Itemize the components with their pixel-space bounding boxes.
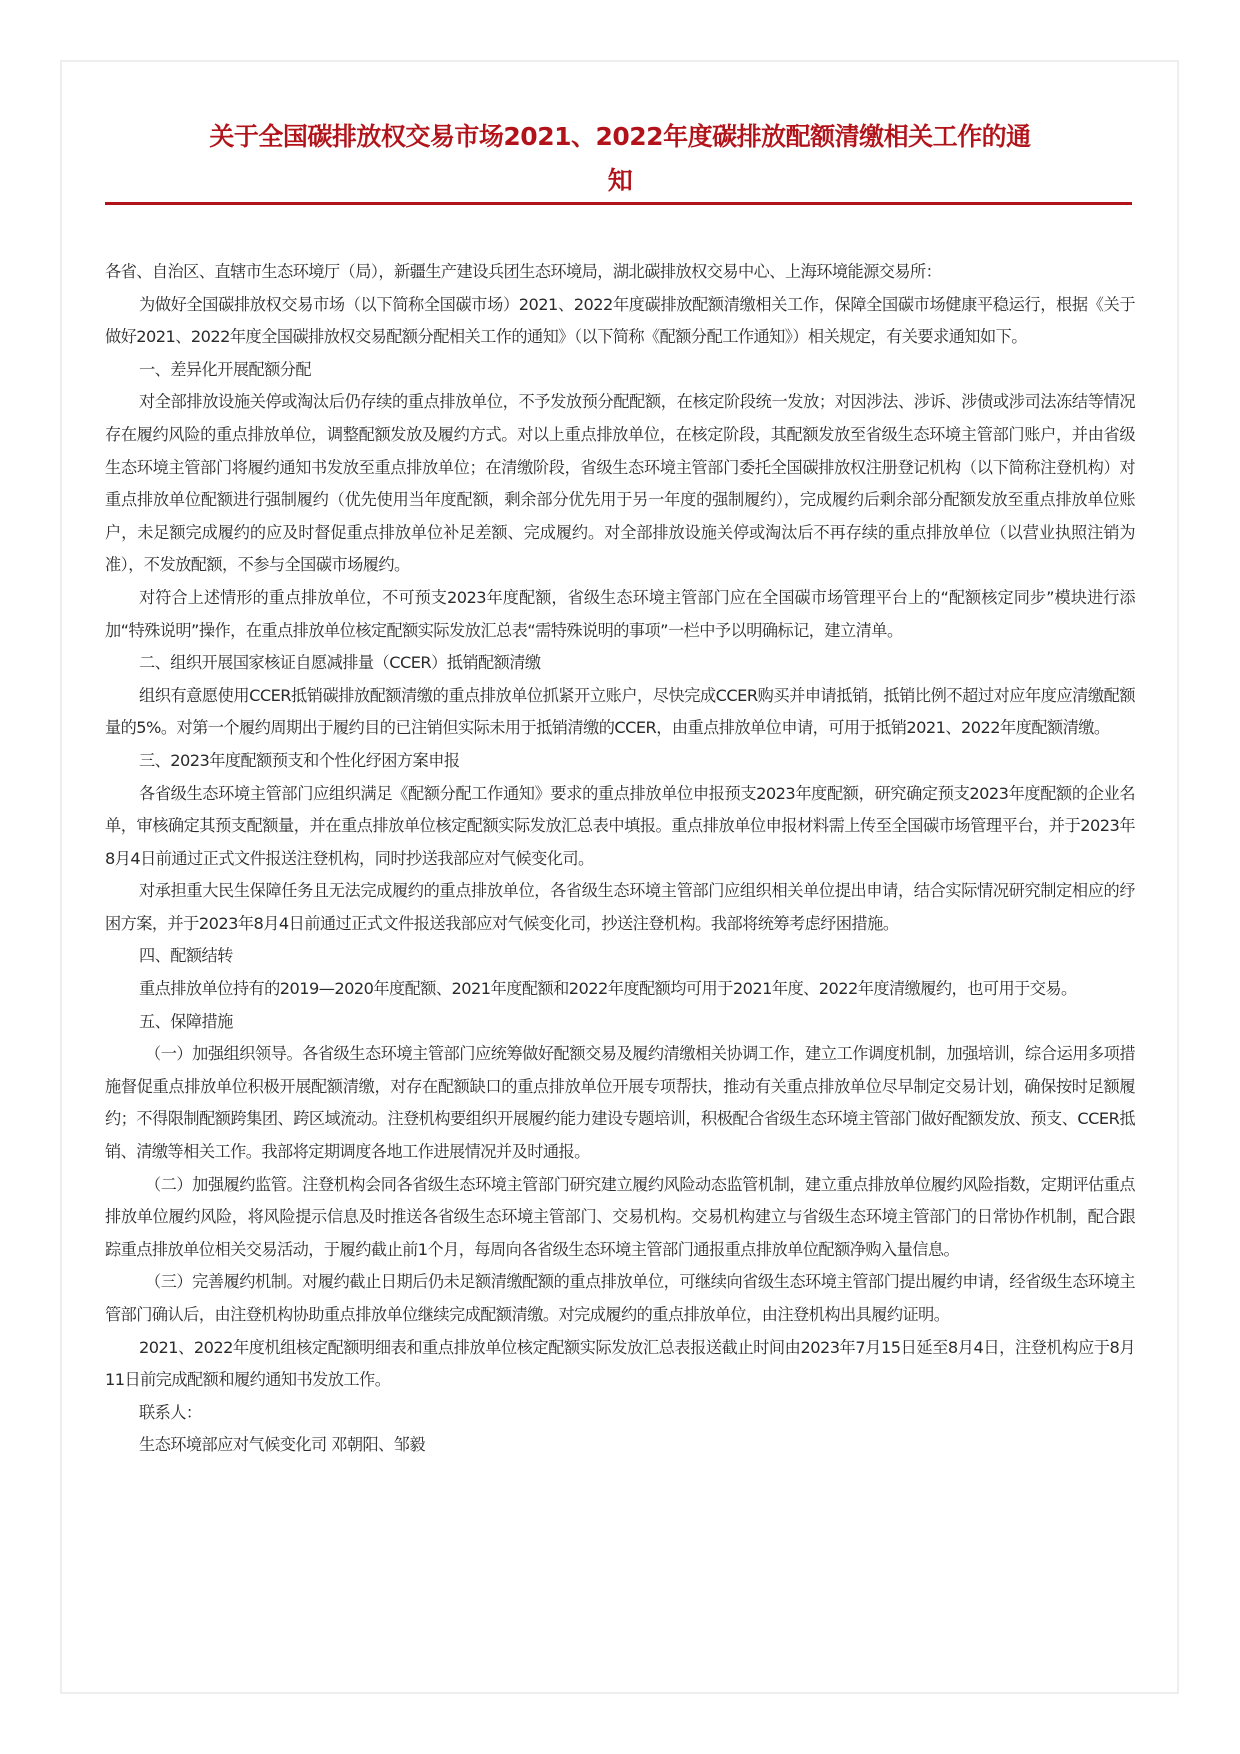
body-paragraph: 对承担重大民生保障任务且无法完成履约的重点排放单位，各省级生态环境主管部门应组织…	[105, 875, 1135, 940]
section-heading-1: 一、差异化开展配额分配	[105, 354, 1135, 387]
contact-label: 联系人：	[105, 1397, 1135, 1430]
contact-names: 生态环境部应对气候变化司 邓朝阳、邹毅	[105, 1429, 1135, 1462]
document-body: 各省、自治区、直辖市生态环境厅（局），新疆生产建设兵团生态环境局，湖北碳排放权交…	[105, 256, 1135, 1462]
section-heading-3: 三、2023年度配额预支和个性化纾困方案申报	[105, 745, 1135, 778]
body-paragraph: 组织有意愿使用CCER抵销碳排放配额清缴的重点排放单位抓紧开立账户，尽快完成CC…	[105, 680, 1135, 745]
section-heading-5: 五、保障措施	[105, 1006, 1135, 1039]
body-paragraph: 对符合上述情形的重点排放单位，不可预支2023年度配额，省级生态环境主管部门应在…	[105, 582, 1135, 647]
subsection-paragraph-1: （一）加强组织领导。各省级生态环境主管部门应统筹做好配额交易及履约清缴相关协调工…	[105, 1038, 1135, 1168]
deadline-paragraph: 2021、2022年度机组核定配额明细表和重点排放单位核定配额实际发放汇总表报送…	[105, 1332, 1135, 1397]
intro-paragraph: 为做好全国碳排放权交易市场（以下简称全国碳市场）2021、2022年度碳排放配额…	[105, 289, 1135, 354]
salutation: 各省、自治区、直辖市生态环境厅（局），新疆生产建设兵团生态环境局，湖北碳排放权交…	[105, 256, 1135, 289]
subsection-paragraph-3: （三）完善履约机制。对履约截止日期后仍未足额清缴配额的重点排放单位，可继续向省级…	[105, 1266, 1135, 1331]
subsection-paragraph-2: （二）加强履约监管。注登机构会同各省级生态环境主管部门研究建立履约风险动态监管机…	[105, 1169, 1135, 1267]
title-divider	[105, 202, 1132, 205]
body-paragraph: 各省级生态环境主管部门应组织满足《配额分配工作通知》要求的重点排放单位申报预支2…	[105, 778, 1135, 876]
body-paragraph: 对全部排放设施关停或淘汰后仍存续的重点排放单位，不予发放预分配配额，在核定阶段统…	[105, 386, 1135, 582]
body-paragraph: 重点排放单位持有的2019—2020年度配额、2021年度配额和2022年度配额…	[105, 973, 1135, 1006]
title-line-2: 知	[100, 159, 1140, 203]
title-line-1: 关于全国碳排放权交易市场2021、2022年度碳排放配额清缴相关工作的通	[209, 122, 1030, 151]
section-heading-2: 二、组织开展国家核证自愿减排量（CCER）抵销配额清缴	[105, 647, 1135, 680]
document-title: 关于全国碳排放权交易市场2021、2022年度碳排放配额清缴相关工作的通 知	[100, 115, 1140, 203]
section-heading-4: 四、配额结转	[105, 940, 1135, 973]
